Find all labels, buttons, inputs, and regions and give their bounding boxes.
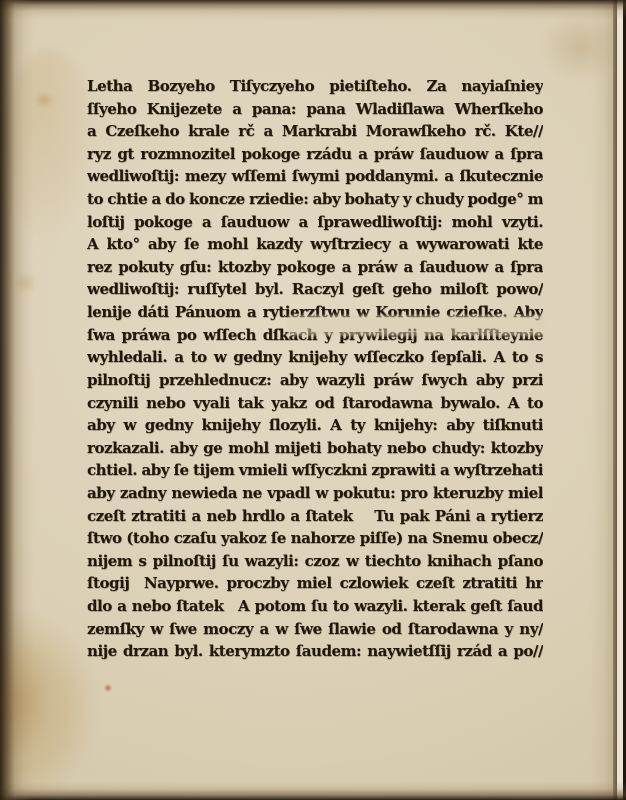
text-line: loſtij pokoge a ſauduow a ſprawedliwoſti… <box>87 211 543 234</box>
text-line: nije drzan byl. kterymzto ſaudem: naywie… <box>87 640 543 663</box>
water-stain-top-left <box>4 48 94 238</box>
text-line: ſtwo (toho czaſu yakoz ſe nahorze piſſe)… <box>87 527 543 550</box>
text-line: ſwa práwa po wſſech dſkach y prywilegij … <box>87 324 543 347</box>
text-block: Letha Bozyeho Tiſyczyeho pietiſteho. Za … <box>87 75 543 665</box>
text-line: ſtogij Nayprwe. proczby miel czlowiek cz… <box>87 572 543 595</box>
text-line: ryz gt rozmnozitel pokoge rzádu a práw ſ… <box>87 143 543 166</box>
book-page: Letha Bozyeho Tiſyczyeho pietiſteho. Za … <box>0 0 626 800</box>
text-line: czynili nebo vyali tak yakz od ſtarodawn… <box>87 392 543 415</box>
text-line: wedliwoſtij: mezy wſſemi ſwymi poddanymi… <box>87 165 543 188</box>
text-line: wedliwoſtij: ruſſytel byl. Raczyl geſt g… <box>87 278 543 301</box>
text-line: to chtie a do koncze rziedie: aby bohaty… <box>87 188 543 211</box>
text-line: chtiel. aby ſe tijem vmieli wſſyczkni zp… <box>87 459 543 482</box>
text-line: lenije dáti Pánuom a rytierzſtwu w Korun… <box>87 301 543 324</box>
stain-top-right <box>540 12 620 82</box>
text-line: a Czeſkeho krale rč a Markrabi Morawſkeh… <box>87 120 543 143</box>
text-line: pilnoſtij przehlednucz: aby wazyli práw … <box>87 369 543 392</box>
water-stain-bottom-left <box>0 608 98 800</box>
text-line: A kto° aby ſe mohl kazdy wyſtrziecy a wy… <box>87 233 543 256</box>
water-stain-core <box>0 638 52 758</box>
text-line: rez pokuty gſu: ktozby pokoge a práw a ſ… <box>87 256 543 279</box>
text-line: dlo a nebo ſtatek A potom ſu to wazyli. … <box>87 595 543 618</box>
text-line: rozkazali. aby ge mohl mijeti bohaty neb… <box>87 437 543 460</box>
text-line: aby zadny newieda ne vpadl w pokutu: pro… <box>87 482 543 505</box>
text-line: ſſyeho Knijezete a pana: pana Wladiſlawa… <box>87 98 543 121</box>
text-line: Letha Bozyeho Tiſyczyeho pietiſteho. Za … <box>87 75 543 98</box>
text-line: aby w gedny knijehy ſlozyli. A ty knijeh… <box>87 414 543 437</box>
text-line: zemſky w ſwe moczy a w ſwe ſlawie od ſta… <box>87 618 543 641</box>
text-line: nijem s pilnoſtij ſu wazyli: czoz w tiec… <box>87 550 543 573</box>
text-line: czeſt ztratiti a neb hrdlo a ſtatek Tu p… <box>87 505 543 528</box>
stain-spot <box>12 272 38 294</box>
text-line: wyhledali. a to w gedny knijehy wſſeczko… <box>87 346 543 369</box>
stain-spot <box>34 92 54 108</box>
ink-speck <box>104 684 112 692</box>
